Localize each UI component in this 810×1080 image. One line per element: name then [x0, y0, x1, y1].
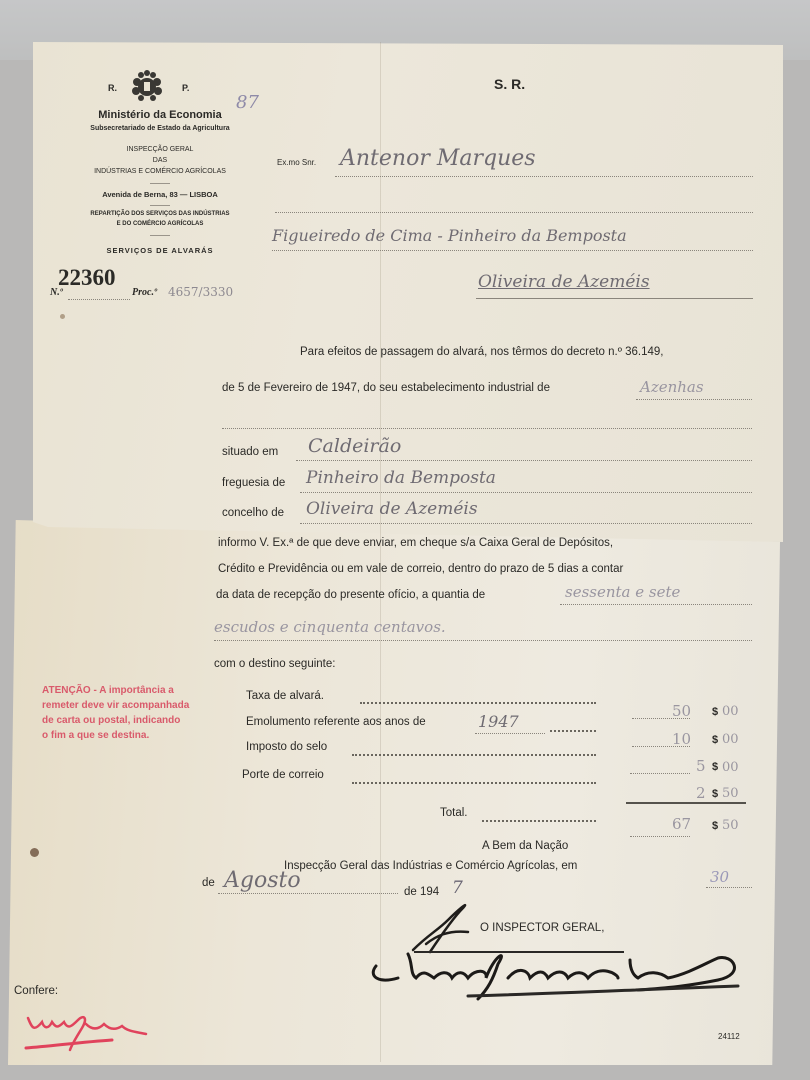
leader-dots	[482, 820, 596, 822]
motto: A Bem da Nação	[482, 840, 568, 852]
fee-label: Taxa de alvará.	[246, 690, 324, 702]
currency-symbol: $	[712, 820, 718, 832]
council-dotline	[300, 523, 752, 524]
destination-label: com o destino seguinte:	[214, 658, 335, 670]
fee-value-dec: 00	[722, 704, 739, 719]
parish-dotline	[300, 492, 752, 493]
ministry-name: Ministério da Economia	[55, 109, 265, 121]
inspection-line-1: INSPECÇÃO GERAL	[55, 146, 265, 153]
rp-left: R.	[108, 83, 117, 93]
para1-line2: de 5 de Fevereiro de 1947, do seu estabe…	[222, 382, 550, 394]
department-line-2: E DO COMÉRCIO AGRÍCOLAS	[55, 221, 265, 227]
department-line-1: REPARTIÇÃO DOS SERVIÇOS DAS INDÚSTRIAS	[55, 211, 265, 217]
situated-dotline	[296, 460, 752, 461]
amount-words-1: sessenta e sete	[565, 583, 680, 601]
fee-year: 1947	[478, 712, 519, 731]
fee-label: Imposto do selo	[246, 741, 327, 753]
signatory-title: O INSPECTOR GERAL,	[480, 922, 604, 934]
salutation: Ex.mo Snr.	[277, 158, 316, 167]
divider	[150, 205, 170, 206]
para2-line2: Crédito e Previdência ou em vale de corr…	[218, 563, 623, 575]
total-rule	[626, 802, 746, 804]
council-label: concelho de	[222, 507, 284, 519]
fee-label: Porte de correio	[242, 769, 324, 781]
addressee-address: Figueiredo de Cima - Pinheiro da Bempost…	[272, 226, 627, 245]
service-name: SERVIÇOS DE ALVARÁS	[55, 246, 265, 255]
paper-fold-line	[380, 42, 381, 1062]
confere-red-signature	[22, 1008, 152, 1058]
subsecretariat: Subsecretariado de Estado da Agricultura	[55, 125, 265, 132]
total-value-int: 67	[672, 815, 691, 833]
coat-of-arms-icon	[128, 70, 166, 104]
currency-symbol: $	[712, 706, 718, 718]
blank-dotline	[222, 428, 752, 429]
rp-right: P.	[182, 83, 189, 93]
council-value: Oliveira de Azeméis	[306, 499, 478, 519]
fee-value-int: 50	[672, 702, 691, 720]
establishment-type: Azenhas	[640, 378, 704, 396]
total-label: Total.	[440, 807, 468, 819]
margin-note: 87	[236, 92, 259, 113]
leader-dots	[352, 782, 596, 784]
address-dotline-1	[275, 212, 753, 213]
divider	[150, 183, 170, 184]
day-dotline	[706, 887, 752, 888]
inspector-signature	[368, 944, 758, 1004]
amount-words-2: escudos e cinquenta centavos.	[214, 618, 446, 636]
form-number: 24112	[718, 1032, 740, 1041]
sr-heading: S. R.	[494, 76, 525, 92]
fee-label: Emolumento referente aos anos de	[246, 716, 426, 728]
leader-dots	[550, 730, 596, 732]
para1-line1: Para efeitos de passagem do alvará, nos …	[300, 346, 663, 358]
value-dotline	[630, 773, 690, 774]
currency-symbol: $	[712, 734, 718, 746]
place-line: Inspecção Geral das Indústrias e Comérci…	[284, 860, 577, 872]
proc-number: 4657/3330	[168, 285, 233, 299]
situated-label: situado em	[222, 446, 278, 458]
town-underline	[476, 298, 753, 299]
total-value-dec: 50	[722, 818, 739, 833]
alvara-number: 22360	[58, 265, 116, 291]
month-dotline	[218, 893, 398, 894]
leader-dots	[360, 702, 596, 704]
situated-value: Caldeirão	[308, 435, 401, 457]
fee-value-int: 10	[672, 730, 691, 748]
number-dotline	[68, 299, 130, 300]
name-dotline	[335, 176, 753, 177]
value-dotline	[630, 836, 690, 837]
fee-value-int: 5	[696, 757, 706, 775]
confere-label: Confere:	[14, 985, 58, 997]
addressee-name: Antenor Marques	[340, 146, 536, 171]
fee-value-dec: 50	[722, 786, 739, 801]
parish-value: Pinheiro da Bemposta	[306, 468, 496, 488]
date-day: 30	[710, 868, 729, 886]
currency-symbol: $	[712, 788, 718, 800]
leader-dots	[352, 754, 596, 756]
inspection-line-2: DAS	[55, 157, 265, 164]
divider	[150, 235, 170, 236]
address: Avenida de Berna, 83 — LISBOA	[55, 190, 265, 199]
fee-value-int: 2	[696, 784, 706, 802]
para2-line3: da data de recepção do presente ofício, …	[216, 589, 485, 601]
date-month: Agosto	[224, 868, 301, 893]
warning-line-4: o fim a que se destina.	[42, 730, 149, 741]
fee-value-dec: 00	[722, 760, 739, 775]
date-de: de	[202, 877, 215, 889]
stain-mark	[60, 314, 65, 319]
year-dotline	[475, 733, 545, 734]
addressee-town: Oliveira de Azeméis	[478, 272, 650, 292]
warning-line-2: remeter deve vir acompanhada	[42, 700, 189, 711]
parish-label: freguesia de	[222, 477, 285, 489]
amount-dotline-1	[560, 604, 752, 605]
para2-line1: informo V. Ex.ª de que deve enviar, em c…	[218, 537, 613, 549]
fee-value-dec: 00	[722, 732, 739, 747]
warning-line-1: ATENÇÃO - A importância a	[42, 685, 174, 696]
date-year-prefix: de 194	[404, 886, 439, 898]
stain-mark	[30, 848, 39, 857]
proc-label: Proc.º	[132, 287, 157, 298]
warning-line-3: de carta ou postal, indicando	[42, 715, 180, 726]
address-dotline-2	[272, 250, 753, 251]
inspection-line-3: INDÚSTRIAS E COMÉRCIO AGRÍCOLAS	[55, 168, 265, 175]
currency-symbol: $	[712, 761, 718, 773]
date-year-digit: 7	[452, 878, 463, 898]
establishment-dotline	[636, 399, 752, 400]
amount-dotline-2	[214, 640, 752, 641]
